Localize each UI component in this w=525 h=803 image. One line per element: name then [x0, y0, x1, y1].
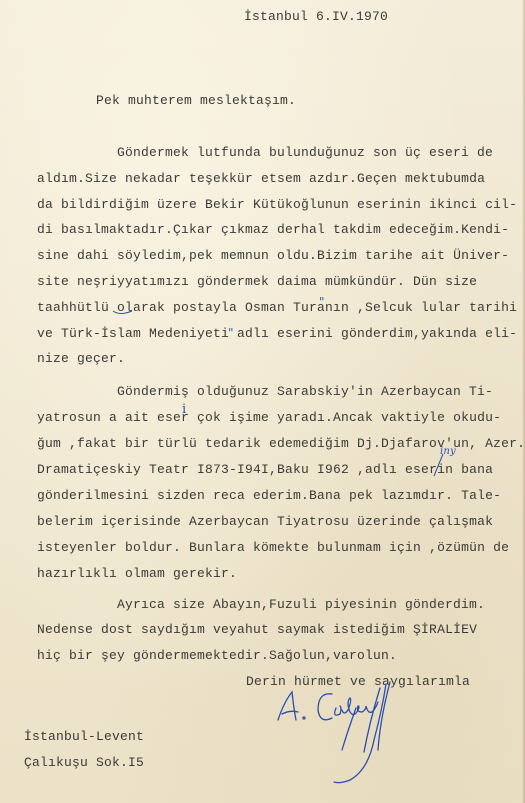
salutation: Pek muhterem meslektaşım.	[96, 93, 296, 109]
signature: A. Caferoff	[270, 680, 440, 790]
body-line: Ayrıca size Abayın,Fuzuli piyesinin gönd…	[49, 597, 485, 613]
body-line: belerim içerisinde Azerbaycan Tiyatrosu …	[37, 514, 493, 530]
body-line: Nedense dost saydığım veyahut saymak ist…	[37, 622, 477, 638]
body-line: Dramatiçeskiy Teatr I873-I94I,Baku I962 …	[37, 462, 493, 478]
body-line: gönderilmesini sizden reca ederim.Bana p…	[37, 488, 501, 504]
place-date: İstanbul 6.IV.1970	[244, 9, 388, 25]
body-line: Göndermek lutfunda bulunduğunuz son üç e…	[49, 145, 493, 161]
address-line-1: İstanbul-Levent	[24, 729, 144, 745]
body-line: taahhütlü olarak postayla Osman Turanın …	[37, 300, 517, 316]
body-line: Göndermiş olduğunuz Sarabskiy'in Azerbay…	[49, 384, 493, 400]
body-line: da bildirdiğim üzere Bekir Kütükoğlunun …	[37, 197, 517, 213]
body-line: hiç bir şey göndermemektedir.Sağolun,var…	[37, 648, 397, 664]
body-line: nize geçer.	[37, 351, 125, 367]
letter-page: İstanbul 6.IV.1970 Pek muhterem meslekta…	[0, 0, 525, 803]
handwritten-quote-mark: "	[319, 295, 325, 309]
body-line: sine dahi söyledim,pek memnun oldu.Bizim…	[37, 248, 509, 264]
handwritten-underscore-icon	[112, 308, 134, 316]
body-line: yatrosun a ait eser çok işime yaradı.Anc…	[37, 410, 501, 426]
body-line: aldım.Size nekadar teşekkür etsem azdır.…	[37, 171, 485, 187]
body-line: di basılmaktadır.Çıkar çıkmaz derhal tak…	[37, 222, 509, 238]
handwritten-insert-mark: i	[182, 402, 186, 417]
body-line: ve Türk-İslam Medeniyeti adlı eserini gö…	[37, 326, 517, 342]
body-line: hazırlıklı olmam gerekir.	[37, 566, 237, 582]
body-line: site neşriyyatımızı göndermek daima mümk…	[37, 274, 477, 290]
body-line: isteyenler boldur. Bunlara kömekte bulun…	[37, 540, 509, 556]
insertion-slash-icon	[431, 452, 445, 478]
address-line-2: Çalıkuşu Sok.I5	[24, 755, 144, 771]
handwritten-quote-mark: "	[228, 326, 234, 340]
